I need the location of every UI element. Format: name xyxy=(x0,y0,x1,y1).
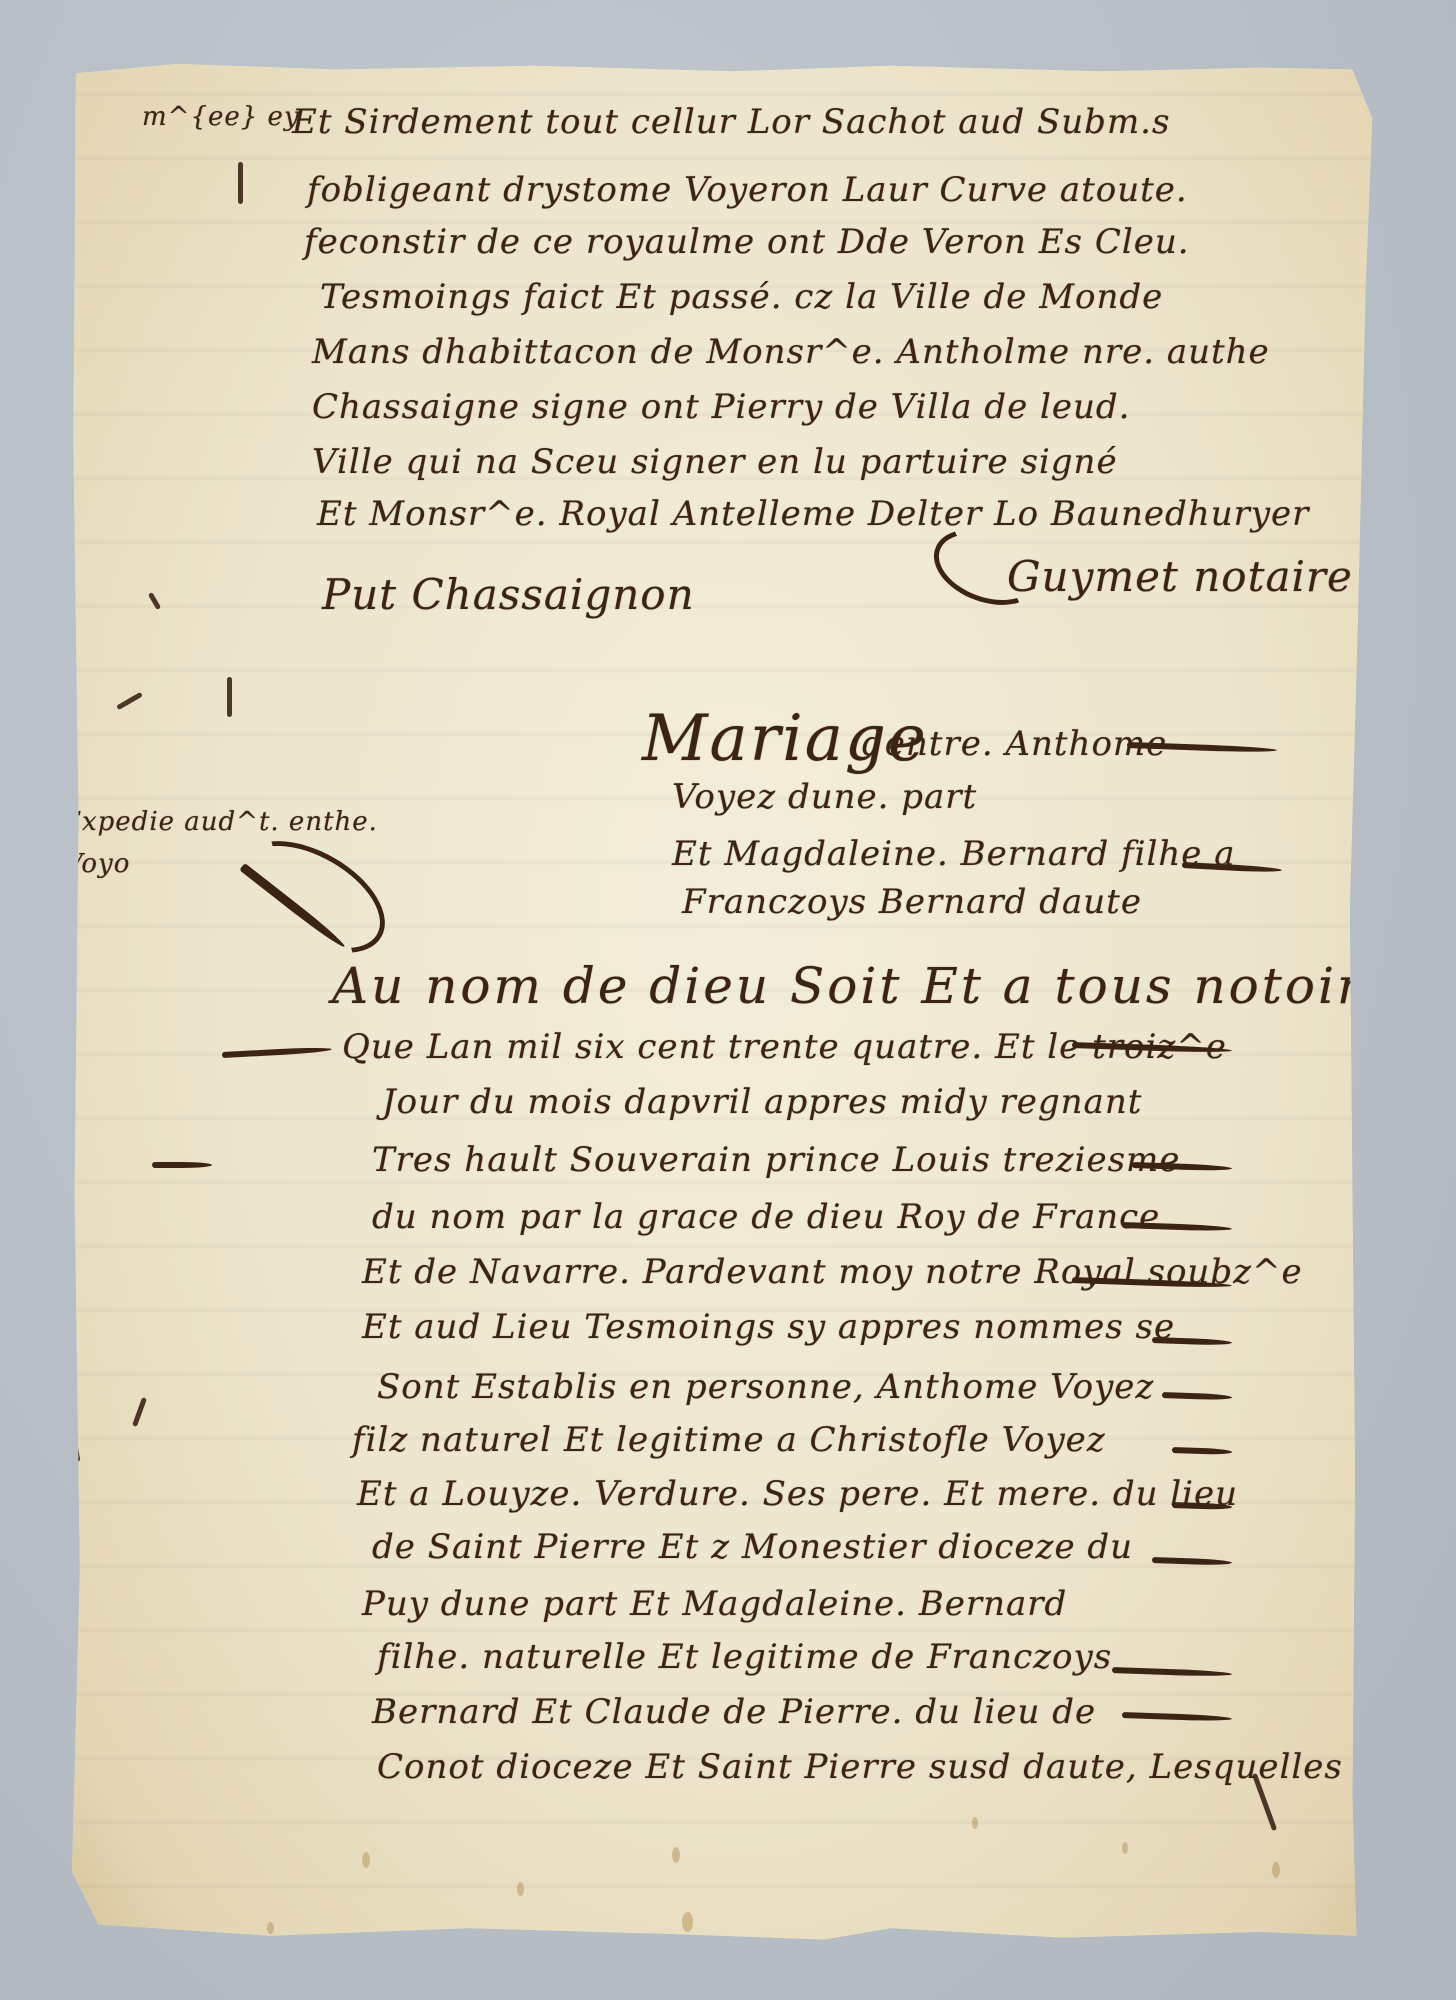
body-line: du nom par la grace de dieu Roy de Franc… xyxy=(372,1197,1160,1237)
pen-flourish xyxy=(220,818,404,976)
notary-signature: Guymet notaire xyxy=(1007,552,1353,601)
foxing-spot xyxy=(672,1847,680,1863)
previous-act-line: Ville qui na Sceu signer en lu partuire … xyxy=(312,442,1118,482)
heading-line: Voyez dune. part xyxy=(672,777,977,817)
body-line: Sont Establis en personne, Anthome Voyez xyxy=(377,1367,1154,1407)
foxing-spot xyxy=(972,1817,978,1829)
ink-stain xyxy=(857,1942,879,1992)
margin-tick xyxy=(238,162,243,204)
previous-act-line: fobligeant drystome Voyeron Laur Curve a… xyxy=(307,170,1188,210)
previous-act-line: Chassaigne signe ont Pierry de Villa de … xyxy=(312,387,1130,427)
line-filler xyxy=(1112,1667,1232,1677)
manuscript-page: m^{ee} ey Expedie aud^t. enthe. Voyo Et … xyxy=(72,62,1392,1947)
previous-act-line: Et Monsr^e. Royal Antelleme Delter Lo Ba… xyxy=(317,494,1309,534)
invocation: Au nom de dieu Soit Et a tous notoire xyxy=(332,957,1396,1015)
body-line: Bernard Et Claude de Pierre. du lieu de xyxy=(372,1692,1096,1732)
body-line: filz naturel Et legitime a Christofle Vo… xyxy=(352,1420,1106,1460)
body-line: Tres hault Souverain prince Louis trezie… xyxy=(372,1140,1180,1180)
margin-tick xyxy=(132,1397,147,1427)
foxing-spot xyxy=(362,1852,370,1868)
heading-line: Et Magdaleine. Bernard filhe a xyxy=(672,834,1235,874)
previous-act-line: Mans dhabittacon de Monsr^e. Antholme nr… xyxy=(312,332,1270,372)
heading-line-dentre: dentre. Anthome xyxy=(862,724,1167,764)
body-line: Et aud Lieu Tesmoings sy appres nommes s… xyxy=(362,1307,1175,1347)
margin-note-top: m^{ee} ey xyxy=(142,102,300,132)
line-filler xyxy=(152,1162,212,1168)
attestation-line: Put Chassaignon xyxy=(322,570,695,619)
body-line: de Saint Pierre Et z Monestier dioceze d… xyxy=(372,1527,1133,1567)
foxing-spot xyxy=(1272,1862,1280,1878)
foxing-spot xyxy=(1122,1842,1128,1854)
previous-act-line: Tesmoings faict Et passé. cz la Ville de… xyxy=(320,277,1163,317)
line-filler xyxy=(1122,1712,1232,1722)
previous-act-line: feconstir de ce royaulme ont Dde Veron E… xyxy=(304,222,1190,262)
margin-note-voyez: Voyo xyxy=(64,849,130,879)
body-line: Puy dune part Et Magdaleine. Bernard xyxy=(362,1584,1067,1624)
margin-tick xyxy=(148,592,161,610)
body-line: Et a Louyze. Verdure. Ses pere. Et mere.… xyxy=(357,1474,1238,1514)
margin-note-expedie: Expedie aud^t. enthe. xyxy=(62,807,378,837)
foxing-spot xyxy=(682,1912,693,1932)
margin-tick xyxy=(116,692,143,710)
body-line: Jour du mois dapvril appres midy regnant xyxy=(382,1082,1142,1122)
line-filler xyxy=(222,1046,332,1058)
body-line: Conot dioceze Et Saint Pierre susd daute… xyxy=(377,1747,1343,1787)
line-filler xyxy=(1152,1557,1232,1566)
foxing-spot xyxy=(517,1882,524,1896)
line-filler xyxy=(1162,1392,1232,1400)
heading-line: Franczoys Bernard daute xyxy=(682,882,1142,922)
foxing-spot xyxy=(267,1922,274,1934)
margin-tick xyxy=(227,677,232,717)
margin-tick xyxy=(69,1422,81,1462)
body-line: filhe. naturelle Et legitime de Franczoy… xyxy=(377,1637,1112,1677)
previous-act-line: Et Sirdement tout cellur Lor Sachot aud … xyxy=(292,102,1170,142)
line-filler xyxy=(1172,1447,1232,1455)
